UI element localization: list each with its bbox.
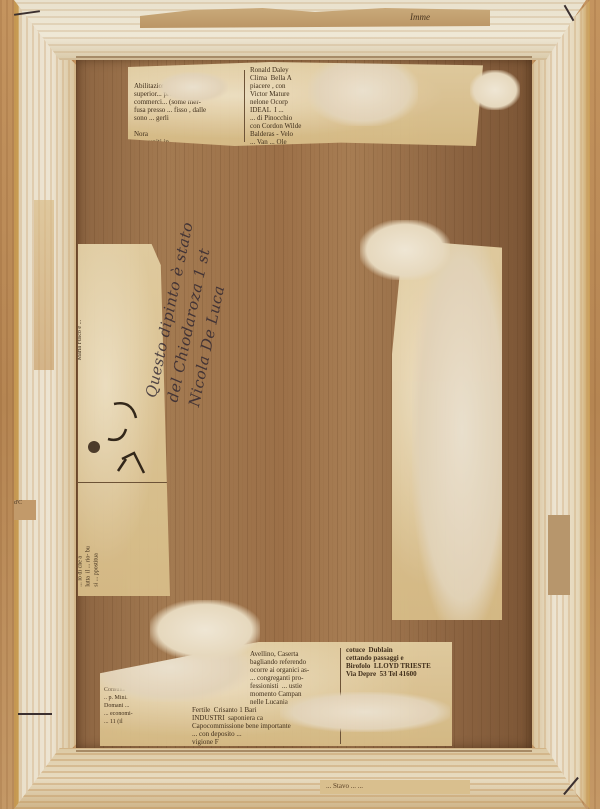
frame-paper-remnant-bottom: ... Stavo ... ...	[320, 780, 470, 794]
fragment-text: Ronald Daley Clima Bella A piacere , con…	[250, 66, 301, 146]
frame-inner-edge	[76, 750, 532, 752]
frame-paper-remnant-right	[548, 515, 570, 595]
column-rule	[78, 482, 170, 483]
frame-rail-right	[532, 0, 590, 809]
newspaper-illustration-icon	[86, 399, 156, 479]
paper-pulp-residue	[158, 72, 228, 102]
frame-rail-top	[14, 0, 586, 60]
painting-back-photo: Abilitazione magistrale superior... pres…	[0, 0, 600, 809]
frame-rail-bottom	[14, 748, 586, 809]
paper-pulp-residue	[150, 600, 260, 660]
frame-paper-remnant-left: d'C	[14, 500, 36, 520]
column-rule	[244, 70, 245, 142]
newspaper-fragment-right	[392, 240, 502, 620]
paper-pulp-residue	[360, 220, 450, 280]
fragment-text: Salvatore Sbarfo e Amici LOTTO , di Pont…	[78, 300, 84, 360]
fragment-text: Fertile Crisanto 1 Bari INDUSTRI saponie…	[192, 706, 291, 746]
remnant-text: ... Stavo ... ...	[326, 782, 363, 790]
paper-pulp-residue	[308, 62, 418, 126]
nail-icon	[18, 713, 52, 715]
frame-paint-loss-left	[34, 200, 54, 370]
paper-pulp-residue	[470, 70, 520, 110]
paper-pulp-residue	[412, 240, 502, 620]
frame-rail-left	[14, 0, 76, 809]
fragment-text: ... erri di terra viaggi ... Per bollo .…	[78, 537, 101, 586]
remnant-text: d'C	[14, 500, 22, 506]
remnant-text: Imme	[410, 12, 430, 22]
newspaper-fragment-top: Abilitazione magistrale superior... pres…	[128, 62, 483, 146]
frame-inner-edge	[76, 56, 532, 58]
paper-pulp-residue	[280, 692, 450, 732]
newspaper-fragment-left: Per 100 Baldi Salvatore Sbarfo e Amici L…	[78, 244, 170, 596]
fragment-text: cotuce Dublain cettando passaggi e Birof…	[346, 646, 431, 678]
